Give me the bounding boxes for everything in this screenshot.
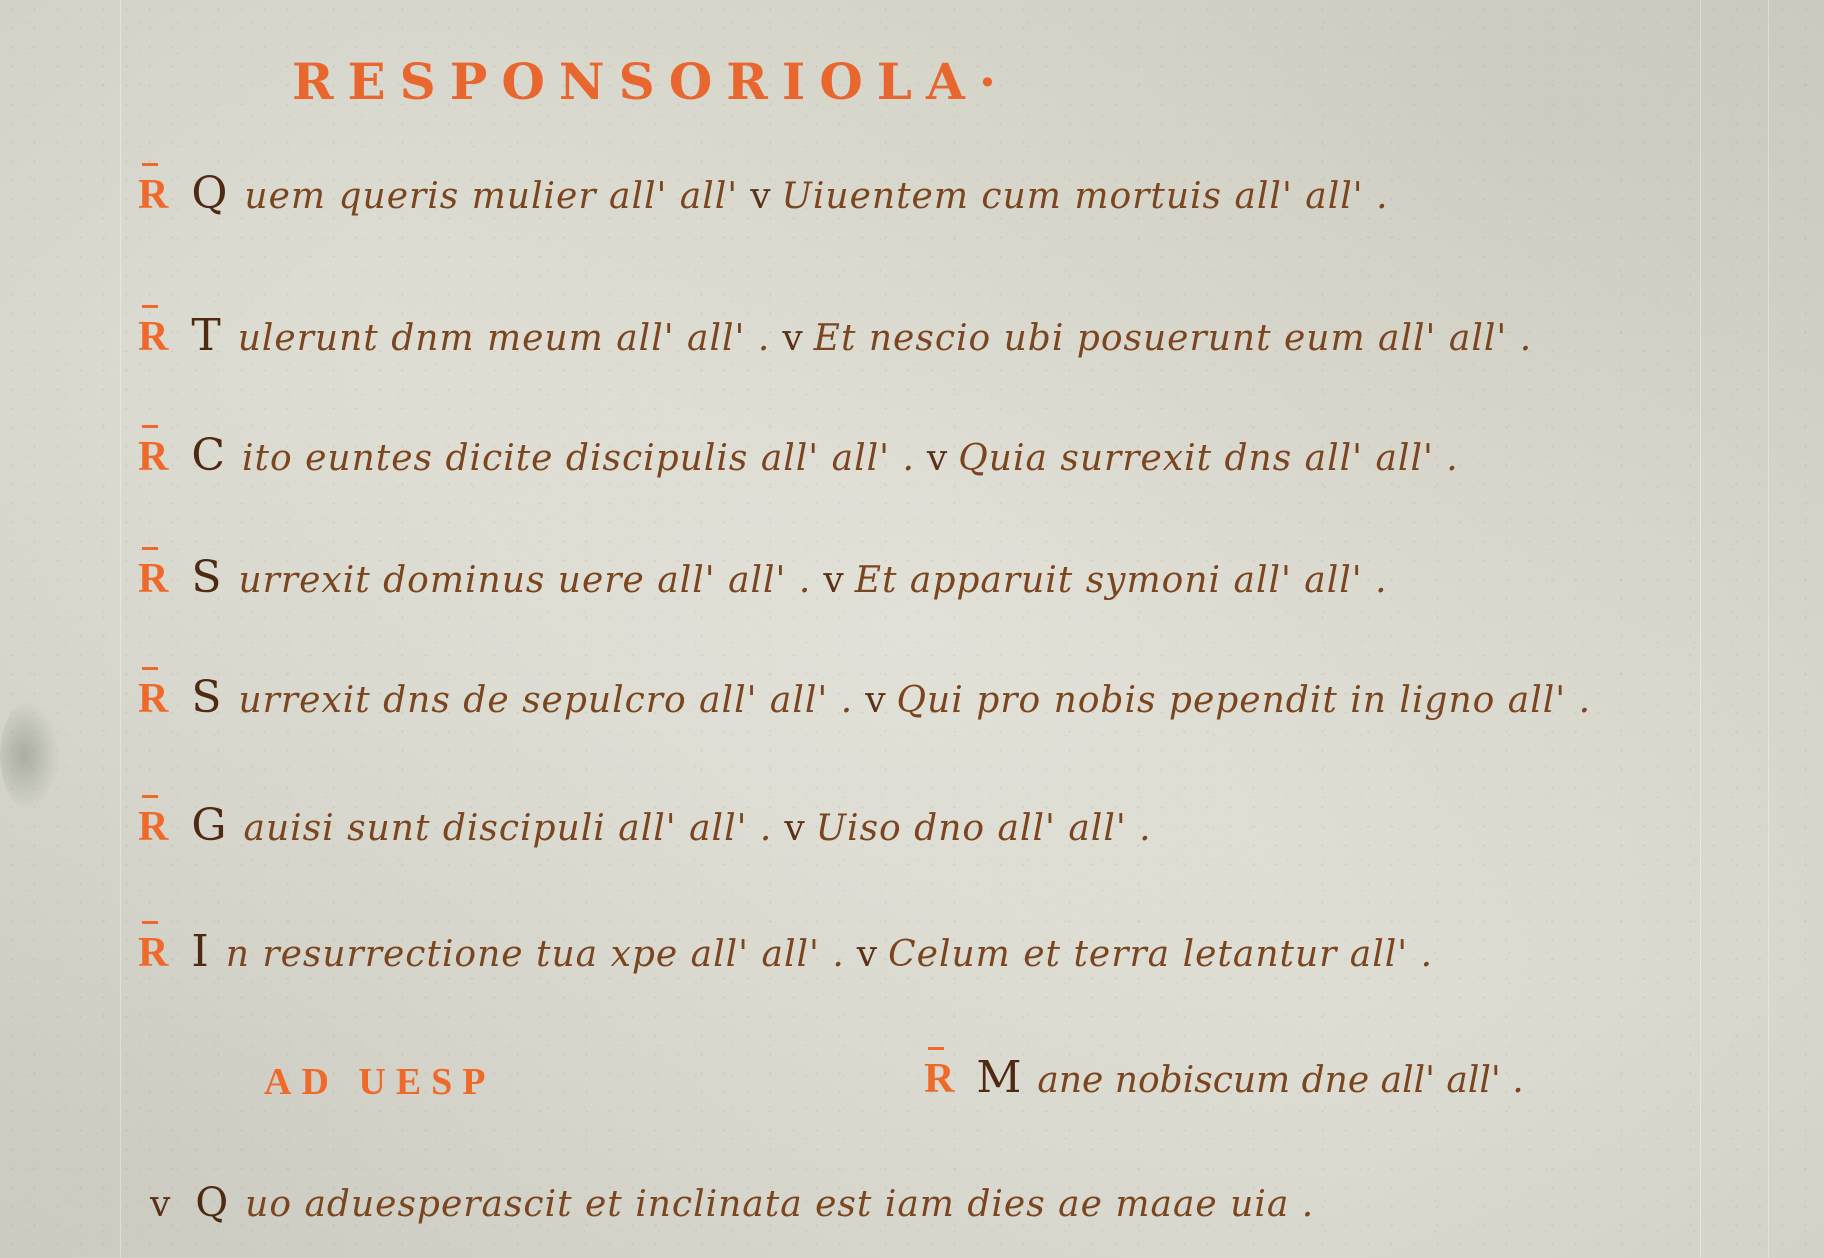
ruling-line-right <box>1700 0 1701 1258</box>
versicle-mark: v <box>750 176 771 217</box>
vespers-responsory: R M ane nobiscum dne all' all' . <box>924 1052 1524 1103</box>
parchment-stain <box>0 700 60 810</box>
responsory-line: R T ulerunt dnm meum all' all' . v Et ne… <box>138 310 1532 361</box>
initial-letter: T <box>191 310 221 361</box>
versicle-mark: v <box>865 680 886 721</box>
verse-text: Uiuentem cum mortuis all' all' . <box>782 176 1389 217</box>
rubric-r-mark: R <box>138 675 169 723</box>
initial-letter: Q <box>191 168 228 219</box>
verse-text: Quia surrexit dns all' all' . <box>958 438 1458 479</box>
versicle-mark: v <box>150 1184 171 1225</box>
verse-text: Uiso dno all' all' . <box>816 808 1152 849</box>
responsory-line: R G auisi sunt discipuli all' all' . v U… <box>138 800 1152 851</box>
rubric-r-mark: R <box>138 433 169 481</box>
responsory-line: R S urrexit dns de sepulcro all' all' . … <box>138 672 1591 723</box>
initial-letter: M <box>976 1052 1021 1103</box>
initial-letter: Q <box>195 1180 229 1226</box>
respond-text: ito euntes dicite discipulis all' all' . <box>242 438 915 479</box>
respond-text: ulerunt dnm meum all' all' . <box>238 318 771 359</box>
verse-text: Celum et terra letantur all' . <box>888 934 1433 975</box>
versicle-mark: v <box>857 934 878 975</box>
manuscript-page: RESPONSORIOLA· R Q uem queris mulier all… <box>0 0 1824 1258</box>
respond-text: uem queris mulier all' all' <box>244 176 738 217</box>
responsory-line: R I n resurrectione tua xpe all' all' . … <box>138 926 1433 977</box>
vespers-rubric-heading: AD UESP <box>264 1060 496 1104</box>
rubric-r-mark: R <box>138 803 169 851</box>
rubric-r-mark: R <box>138 555 169 603</box>
initial-letter: S <box>191 552 222 603</box>
ruling-line-left <box>120 0 121 1258</box>
rubric-r-mark: R <box>138 171 169 219</box>
versicle-mark: v <box>823 560 844 601</box>
rubric-r-mark: R <box>138 313 169 361</box>
verse-text: Qui pro nobis pependit in ligno all' . <box>897 680 1592 721</box>
vespers-verse-line: v Q uo aduesperascit et inclinata est ia… <box>150 1180 1314 1226</box>
versicle-mark: v <box>782 318 803 359</box>
ruling-line-margin <box>1768 0 1769 1258</box>
verse-text: Et apparuit symoni all' all' . <box>855 560 1388 601</box>
responsory-line: R Q uem queris mulier all' all' v Uiuent… <box>138 168 1389 219</box>
respond-text: ane nobiscum dne all' all' . <box>1037 1060 1523 1101</box>
respond-text: auisi sunt discipuli all' all' . <box>244 808 773 849</box>
responsory-line: R C ito euntes dicite discipulis all' al… <box>138 430 1459 481</box>
versicle-mark: v <box>927 438 948 479</box>
section-heading: RESPONSORIOLA· <box>292 52 1010 111</box>
initial-letter: C <box>191 430 226 481</box>
initial-letter: G <box>191 800 227 851</box>
verse-text: uo aduesperascit et inclinata est iam di… <box>245 1184 1314 1225</box>
initial-letter: I <box>191 926 209 977</box>
rubric-r-mark: R <box>924 1055 954 1103</box>
verse-text: Et nescio ubi posuerunt eum all' all' . <box>814 318 1532 359</box>
initial-letter: S <box>191 672 222 723</box>
respond-text: urrexit dns de sepulcro all' all' . <box>239 680 854 721</box>
responsory-line: R S urrexit dominus uere all' all' . v E… <box>138 552 1388 603</box>
rubric-r-mark: R <box>138 929 169 977</box>
versicle-mark: v <box>784 808 805 849</box>
respond-text: urrexit dominus uere all' all' . <box>239 560 812 601</box>
respond-text: n resurrectione tua xpe all' all' . <box>226 934 845 975</box>
